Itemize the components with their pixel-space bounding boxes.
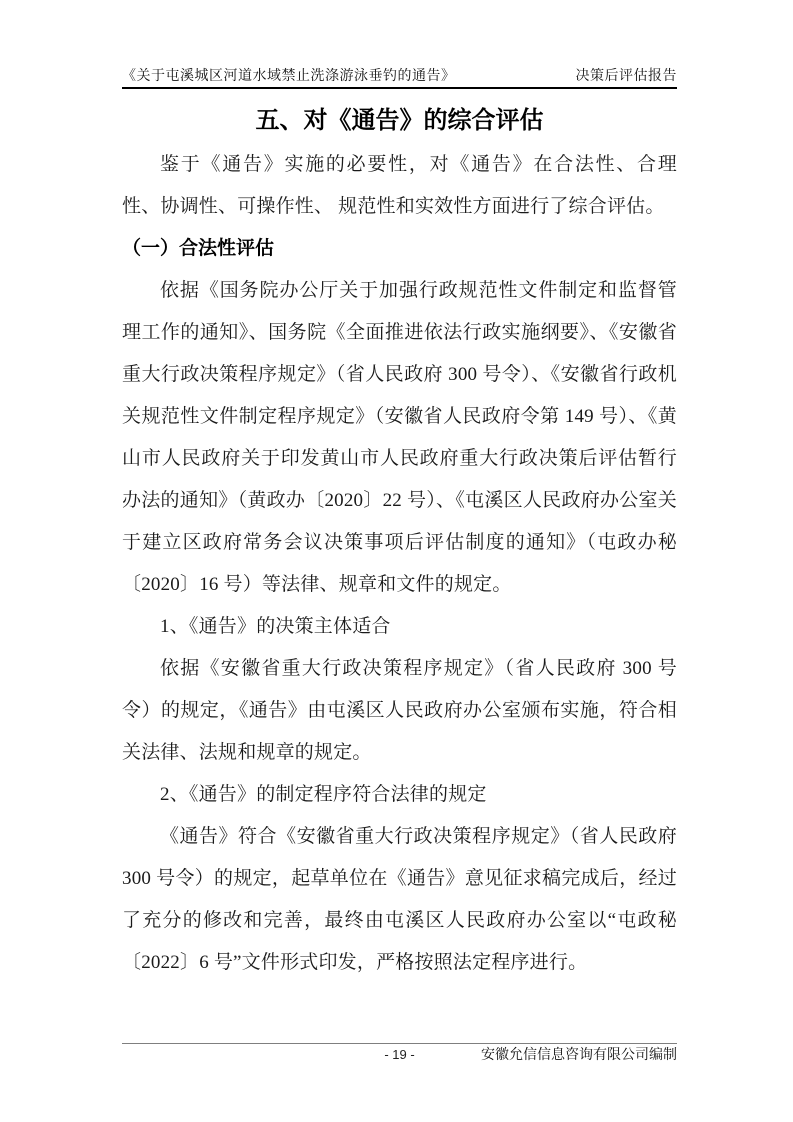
subheading-item1: 1、《通告》的决策主体适合 [122,606,677,648]
header-document-title: 《关于屯溪城区河道水域禁止洗涤游泳垂钓的通告》 [122,68,456,85]
paragraph-item1: 依据《安徽省重大行政决策程序规定》（省人民政府 300 号令）的规定，《通告》由… [122,648,677,774]
page-number: - 19 - [384,1047,414,1063]
running-header: 《关于屯溪城区河道水域禁止洗涤游泳垂钓的通告》 决策后评估报告 [122,68,677,89]
subheading-item2: 2、《通告》的制定程序符合法律的规定 [122,774,677,816]
page-title: 五、对《通告》的综合评估 [122,104,677,138]
footer-publisher: 安徽允信信息咨询有限公司编制 [415,1048,677,1064]
paragraph-intro: 鉴于《通告》实施的必要性，对《通告》在合法性、合理性、协调性、可操作性、 规范性… [122,144,677,228]
paragraph-legal-basis: 依据《国务院办公厅关于加强行政规范性文件制定和监督管理工作的通知》、国务院《全面… [122,270,677,606]
document-page: 《关于屯溪城区河道水域禁止洗涤游泳垂钓的通告》 决策后评估报告 五、对《通告》的… [0,0,793,1122]
paragraph-item2: 《通告》符合《安徽省重大行政决策程序规定》（省人民政府 300 号令）的规定，起… [122,816,677,984]
document-body: 鉴于《通告》实施的必要性，对《通告》在合法性、合理性、协调性、可操作性、 规范性… [122,144,677,984]
running-footer: - 19 - 安徽允信信息咨询有限公司编制 [122,1043,677,1064]
section-heading-legality: （一）合法性评估 [122,228,677,270]
header-report-label: 决策后评估报告 [576,68,678,85]
